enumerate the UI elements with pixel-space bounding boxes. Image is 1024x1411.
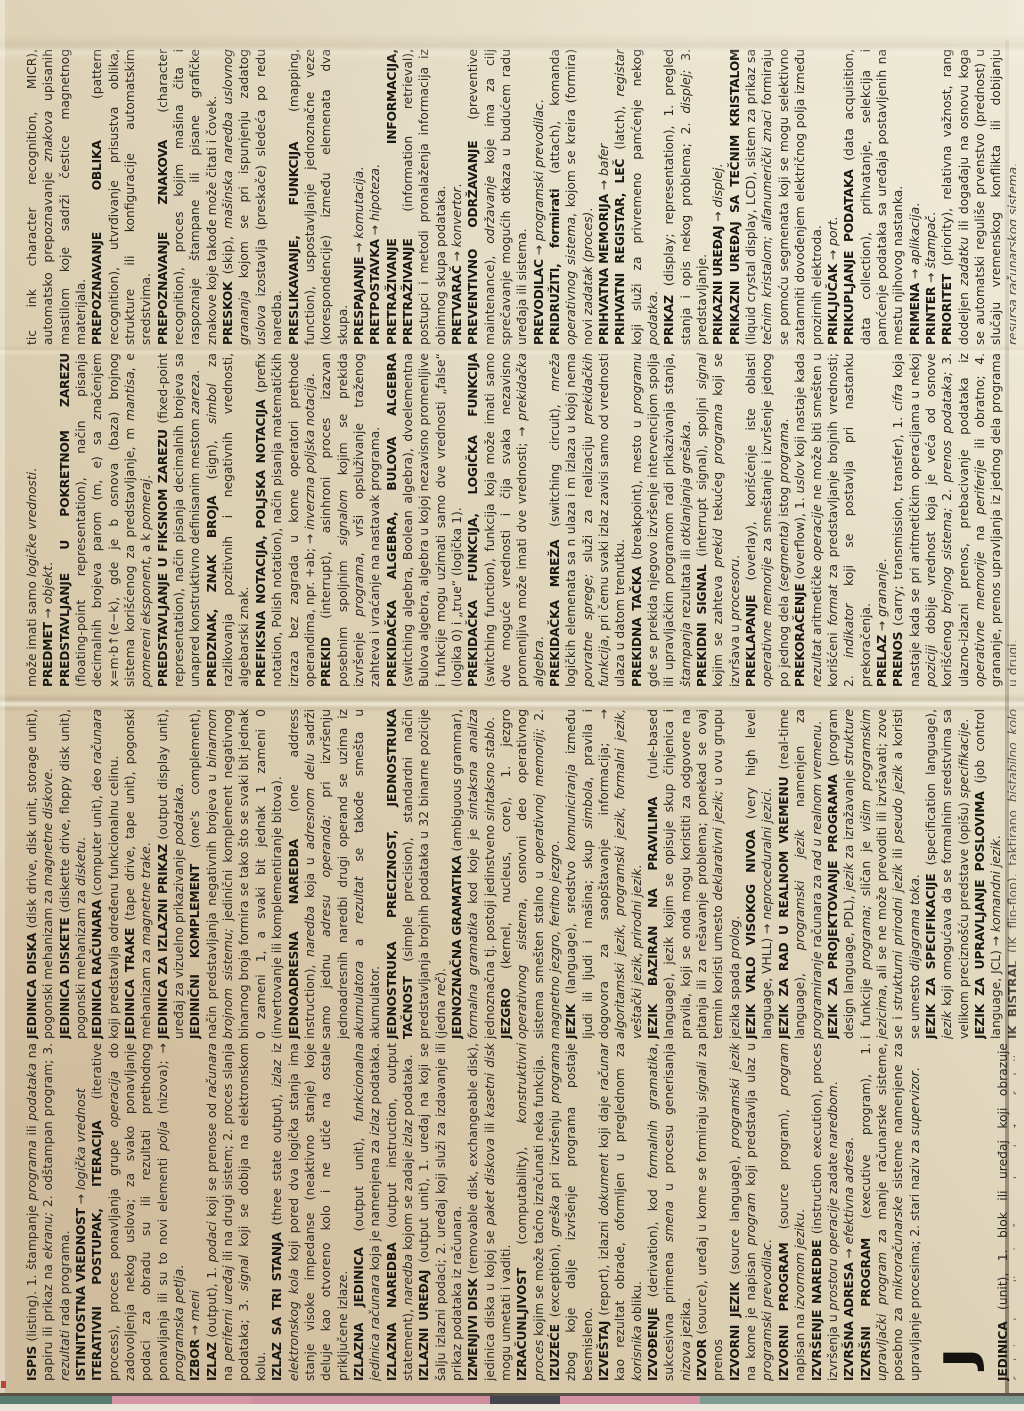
entry-headword: JEDINICA TRAKE bbox=[123, 928, 137, 1039]
dictionary-entry: PREKID (interrupt), asinhroni proces iza… bbox=[318, 353, 383, 687]
entry-headword: PREFIKSNA NOTACIJA, POLJSKA NOTACIJA bbox=[254, 400, 268, 687]
entry-headword: PREPOZNAVANJE OBLIKA bbox=[90, 140, 104, 345]
entry-headword: PREDMET bbox=[41, 622, 55, 687]
dictionary-entry: PRIKAZNI UREĐAJ → displej. bbox=[710, 49, 726, 345]
dictionary-entry: može imati samo logičke vrednosti. bbox=[24, 353, 40, 687]
dictionary-entry: JEDINICA (unit), 1. blok ili uređaj koji… bbox=[995, 1043, 1016, 1381]
entry-headword: PREKIDAČKA ALGEBRA, BULOVA ALGEBRA bbox=[385, 353, 399, 687]
dictionary-entry: PREKIDNA TAČKA (breakpoint), mesto u pro… bbox=[629, 353, 694, 687]
entry-headword: PRINTER bbox=[924, 287, 938, 345]
entry-headword: JEDINICA DISKETE bbox=[58, 917, 72, 1039]
dictionary-entry: JEDINICA ZA IZLAZNI PRIKAZ (output displ… bbox=[155, 709, 188, 1039]
dictionary-entry: PRESLIKAVANJE, FUNKCIJA (mapping, functi… bbox=[286, 49, 351, 345]
entry-definition: → port. bbox=[826, 217, 840, 264]
entry-headword: JK BISTRAL bbox=[1006, 961, 1016, 1039]
dictionary-entry: PRIMENA → aplikacija. bbox=[907, 49, 923, 345]
entry-headword: IZLAZ SA TRI STANJA bbox=[270, 1232, 284, 1381]
entry-definition: (interrupt), asinhroni proces izazvan po… bbox=[319, 353, 382, 687]
dictionary-entry: IZVOĐENJE (derivation), kod formalnih gr… bbox=[645, 1043, 694, 1381]
dictionary-entry: PREKORAČENJE (overflow), 1. uslov koji n… bbox=[792, 353, 874, 687]
dictionary-entry: PREDSTAVLJANJE U POKRETNOM ZAREZU (float… bbox=[57, 353, 155, 687]
page-edge-strip bbox=[252, 1396, 490, 1404]
entry-headword: IZVORNI PROGRAM bbox=[777, 1242, 791, 1381]
entry-definition: (language), sredstvo komuniciranja izmeđ… bbox=[564, 709, 643, 1039]
entry-headword: PREDZNAK, ZNAK BROJA bbox=[205, 496, 219, 687]
entry-definition: (liquid crystal display, LCD), sistem za… bbox=[744, 49, 823, 345]
entry-headword: PRIHVATNA MEMORIJA bbox=[597, 194, 611, 345]
entry-headword: JEZGRO bbox=[499, 988, 513, 1039]
entry-definition: (one's complement), način predstavljanja… bbox=[188, 709, 284, 1039]
dictionary-entry: IZVEŠTAJ (report), izlazni dokument koji… bbox=[596, 1043, 645, 1381]
entry-definition: (floating-point representation), način p… bbox=[74, 353, 153, 687]
dictionary-entry: IZLAZ SA TRI STANJA (three state output)… bbox=[269, 1043, 351, 1381]
entry-definition: → štampač. bbox=[924, 212, 938, 287]
entry-headword: IZBOR bbox=[188, 1339, 202, 1381]
entry-definition: → aplikacija. bbox=[908, 203, 922, 283]
dictionary-entry: tic ink character recognition, MICR), au… bbox=[24, 49, 89, 345]
entry-headword: ISTINITOSTNA VREDNOST bbox=[74, 1208, 88, 1381]
red-ink-speck bbox=[1, 1381, 6, 1388]
entry-definition: → komutacija. bbox=[352, 167, 366, 257]
entry-headword: PRIDRUŽITI, formirati bbox=[548, 189, 562, 345]
dictionary-entry: PRETRAŽIVANJE INFORMACIJA, PRETRAŽIVANJE… bbox=[384, 49, 449, 345]
entry-headword: JEDINICA ZA IZLAZNI PRIKAZ bbox=[156, 844, 170, 1039]
entry-definition: → hipoteza. bbox=[368, 164, 382, 239]
entry-definition: (iterative process), proces ponavljanja … bbox=[90, 1043, 186, 1381]
entry-headword: JEDINICA bbox=[996, 1321, 1010, 1381]
entry-headword: PREKLAPANJE bbox=[744, 595, 758, 687]
entry-headword: JEDNOADRESNA NAREDBA bbox=[287, 839, 301, 1039]
entry-headword: JEZIK ZA UPRAVLJANJE POSLOVIMA bbox=[973, 791, 987, 1039]
dictionary-entry: ISPIS (listing). 1. štampanje programa i… bbox=[24, 1043, 73, 1381]
dictionary-entry: PREDZNAK, ZNAK BROJA (sign), simbol za r… bbox=[204, 353, 253, 687]
entry-definition: (listing). 1. štampanje programa ili pod… bbox=[25, 1043, 72, 1381]
dictionary-entry: JEZGRO (kernel, nucleus, core), 1. jezgr… bbox=[498, 709, 563, 1039]
dictionary-entry: PREPOZNAVANJE OBLIKA (pattern recognitio… bbox=[89, 49, 154, 345]
entry-headword: PRIHVATNI REGISTAR, LEČ bbox=[613, 159, 627, 345]
entry-headword: PREKIDNI SIGNAL bbox=[695, 565, 709, 688]
dictionary-entry: PRIHVATNA MEMORIJA → bafer bbox=[596, 49, 612, 345]
scanned-page: ISPIS (listing). 1. štampanje programa i… bbox=[0, 0, 1024, 1411]
dictionary-entry: JEZIK (language), sredstvo komuniciranja… bbox=[563, 709, 645, 1039]
entry-definition: (switching algebra, Boolean algebra), dv… bbox=[401, 353, 464, 687]
rotated-page-content: ISPIS (listing). 1. štampanje programa i… bbox=[0, 0, 1024, 1411]
entry-headword: IZUZEĆE bbox=[548, 1324, 562, 1381]
dictionary-entry: IZVRŠNI PROGRAM (executive program), 1. … bbox=[858, 1043, 923, 1381]
book-page-edges bbox=[0, 1396, 1024, 1404]
dictionary-entry: IZVRŠENJE NAREDBE (instruction execution… bbox=[809, 1043, 842, 1381]
entry-headword: PRESKOK bbox=[221, 282, 235, 345]
entry-headword: PRELAZ bbox=[875, 635, 889, 687]
entry-headword: JEZIK VRLO VISOKOG NIVOA bbox=[744, 830, 758, 1039]
entry-definition: (output), 1. podaci koji se prenose od r… bbox=[205, 1043, 268, 1381]
entry-definition: → programski prevodilac. bbox=[532, 99, 546, 259]
entry-definition: → grananje. bbox=[875, 558, 889, 635]
dictionary-entry: IZRAČUNLJIVOST (computability), konstruk… bbox=[514, 1043, 547, 1381]
entry-headword: IZLAZ bbox=[205, 1342, 219, 1381]
dictionary-entry: PREVODILAC → programski prevodilac. bbox=[531, 49, 547, 345]
entry-headword: IZVRŠENJE NAREDBE bbox=[810, 1240, 824, 1381]
entry-definition: → objekt. bbox=[41, 562, 55, 622]
dictionary-entry: IZLAZNA JEDINICA (output unit), funkcion… bbox=[351, 1043, 384, 1381]
entry-headword: PREKIDAČKA MREŽA bbox=[548, 540, 562, 687]
entry-headword: PREKIDAČKA FUNKCIJA, LOGIČKA FUNKCIJA bbox=[466, 353, 480, 687]
entry-headword: JEZIK ZA SPECIFIKACIJE bbox=[924, 874, 938, 1039]
dictionary-entry: PRIDRUŽITI, formirati (attach), komanda … bbox=[547, 49, 596, 345]
entry-headword: IZVRŠNI PROGRAM bbox=[859, 1238, 873, 1381]
dictionary-entry: PRETPOSTAVKA → hipoteza. bbox=[367, 49, 383, 345]
entry-headword: JEZIK bbox=[564, 1004, 578, 1039]
dictionary-entry: JEZIK BAZIRAN NA PRAVILIMA (rule-based l… bbox=[645, 709, 743, 1039]
page-edge-strip bbox=[0, 1396, 112, 1404]
dictionary-column-1: ISPIS (listing). 1. štampanje programa i… bbox=[24, 1043, 1016, 1381]
entry-headword: PRIKAZNI UREĐAJ bbox=[711, 226, 725, 345]
entry-headword: PRIKLJUČAK bbox=[826, 264, 840, 345]
dictionary-entry: PRIKAZNI UREĐAJ SA TEČNIM KRISTALOM (liq… bbox=[727, 49, 825, 345]
dictionary-entry: JEDNOADRESNA NAREDBA (one address instru… bbox=[286, 709, 384, 1039]
dictionary-entry: PREVENTIVNO ODRŽAVANJE (preventive maint… bbox=[465, 49, 530, 345]
dictionary-entry: PREKIDNI SIGNAL (interrupt signal), spol… bbox=[694, 353, 743, 687]
dictionary-entry: PRETVARAČ → konvertor. bbox=[449, 49, 465, 345]
entry-headword: PRIKUPLJANJE PODATAKA bbox=[842, 169, 856, 345]
entry-headword: JEZIK BAZIRAN NA PRAVILIMA bbox=[646, 797, 660, 1039]
entry-headword: IZLAZNA NAREDBA bbox=[385, 1243, 399, 1381]
entry-headword: PREVODILAC bbox=[532, 259, 546, 345]
dictionary-entry: JEDNOSTRUKA PRECIZNOST, JEDNOSTRUKA TAČN… bbox=[384, 709, 449, 1039]
dictionary-entry: IZLAZ (output), 1. podaci koji se prenos… bbox=[204, 1043, 269, 1381]
entry-definition: → konvertor. bbox=[450, 184, 464, 266]
entry-headword: PREVENTIVNO ODRŽAVANJE bbox=[466, 141, 480, 345]
dictionary-entry: IZVRŠNA ADRESA → efektivna adresa. bbox=[841, 1043, 857, 1381]
dictionary-entry: JEDINIČNI KOMPLEMENT (one's complement),… bbox=[187, 709, 285, 1039]
entry-headword: PRETVARAČ bbox=[450, 265, 464, 345]
dictionary-entry: IZUZEĆE (exception), greška pri izvršenj… bbox=[547, 1043, 596, 1381]
entry-headword: PREKORAČENJE bbox=[793, 583, 807, 687]
entry-headword: IZVRŠNA ADRESA bbox=[842, 1262, 856, 1381]
dictionary-entry: PRIKUPLJANJE PODATAKA (data acquisition,… bbox=[841, 49, 906, 345]
dictionary-entry: JEDINICA TRAKE (tape drive, tape unit), … bbox=[122, 709, 155, 1039]
entry-headword: JEDINICA DISKA bbox=[25, 933, 39, 1039]
dictionary-column-3: može imati samo logičke vrednosti.PREDME… bbox=[24, 353, 1016, 687]
entry-headword: IZLAZNA JEDINICA bbox=[352, 1247, 366, 1381]
dictionary-entry: PREKIDAČKA FUNKCIJA, LOGIČKA FUNKCIJA (s… bbox=[465, 353, 547, 687]
section-letter-J: J bbox=[939, 1318, 983, 1368]
dictionary-entry: JEDINICA RAČUNARA (computer unit), deo r… bbox=[89, 709, 122, 1039]
entry-definition: → meni bbox=[188, 1290, 202, 1339]
dictionary-entry: PREKIDAČKA MREŽA (switching circuit), mr… bbox=[547, 353, 629, 687]
entry-headword: PREKIDNA TAČKA bbox=[630, 567, 644, 687]
dictionary-entry: JEDNOZNAČNA GRAMATIKA (ambiguous grammar… bbox=[449, 709, 498, 1039]
entry-headword: JEDINIČNI KOMPLEMENT bbox=[188, 864, 202, 1039]
entry-definition: (rule-based language), jezik kojim se op… bbox=[646, 709, 742, 1039]
entry-headword: IZVORNI JEZIK bbox=[728, 1282, 742, 1381]
entry-headword: PREDSTAVLJANJE U POKRETNOM ZAREZU bbox=[58, 353, 72, 687]
dictionary-entry: IZVOR (source), uređaj u kome se formira… bbox=[694, 1043, 727, 1381]
page-edge-strip bbox=[490, 1396, 560, 1404]
entry-definition: (source), uređaj u kome se formiraju sig… bbox=[695, 1043, 725, 1381]
entry-headword: IZVEŠTAJ bbox=[597, 1321, 611, 1381]
dictionary-entry: JEZIK ZA RAD U REALNOM VREMENU (real-tim… bbox=[776, 709, 825, 1039]
dictionary-entry: PRESKOK (skip), mašinska naredba uslovno… bbox=[220, 49, 285, 345]
entry-headword: JEZIK ZA PROJEKTOVANJE PROGRAMA bbox=[826, 774, 840, 1039]
dictionary-entry: PREDMET → objekt. bbox=[40, 353, 56, 687]
dictionary-entry: JEDINICA DISKETE (diskette drive, floppy… bbox=[57, 709, 90, 1039]
dictionary-entry: PRIKAZ (display; representation), 1. pre… bbox=[661, 49, 710, 345]
scan-left-edge bbox=[0, 0, 5, 1411]
dictionary-entry: PRIORITET (priority), relativna važnost,… bbox=[939, 49, 1016, 345]
dictionary-entry: IZVORNI PROGRAM (source program), progra… bbox=[776, 1043, 809, 1381]
dictionary-entry: JK BISTRAL (JK flip-flop), taktirano bis… bbox=[1005, 709, 1016, 1039]
dictionary-entry: PRELAZ → grananje. bbox=[874, 353, 890, 687]
dictionary-entry: JEZIK ZA UPRAVLJANJE POSLOVIMA (job cont… bbox=[972, 709, 1005, 1039]
page-edge-strip bbox=[112, 1396, 252, 1404]
entry-headword: JEDNOZNAČNA GRAMATIKA bbox=[450, 855, 464, 1039]
entry-headword: IZVOR bbox=[695, 1339, 709, 1381]
dictionary-entry: PRINTER → štampač. bbox=[923, 49, 939, 345]
dictionary-entry: JEDINICA DISKA (disk drive, disk unit, s… bbox=[24, 709, 57, 1039]
entry-headword: ITERATIVNI POSTUPAK, ITERACIJA bbox=[90, 1121, 104, 1381]
dictionary-entry: PREPOZNAVANJE ZNAKOVA (character recogni… bbox=[155, 49, 220, 345]
entry-definition: → bafer bbox=[597, 144, 611, 194]
entry-headword: PRIKAZNI UREĐAJ SA TEČNIM KRISTALOM bbox=[728, 49, 742, 345]
dictionary-entry: PREKIDAČKA ALGEBRA, BULOVA ALGEBRA (swit… bbox=[384, 353, 466, 687]
entry-headword: PRIKAZ bbox=[662, 295, 676, 345]
dictionary-entry: ITERATIVNI POSTUPAK, ITERACIJA (iterativ… bbox=[89, 1043, 187, 1381]
dictionary-entry: PREDSTAVLJANJE U FIKSNOM ZAREZU (fixed-p… bbox=[155, 353, 204, 687]
dictionary-entry: IZVORNI JEZIK (source language), program… bbox=[727, 1043, 776, 1381]
entry-definition: (carry; transmission, transfer), 1. cifr… bbox=[891, 353, 1016, 687]
entry-headword: IZMENJIVI DISK bbox=[466, 1278, 480, 1381]
book-page-edges-light bbox=[0, 1404, 1024, 1411]
dictionary-entry: PREFIKSNA NOTACIJA, POLJSKA NOTACIJA (pr… bbox=[253, 353, 318, 687]
entry-definition: tic ink character recognition, MICR), au… bbox=[25, 49, 88, 345]
entry-headword: PRENOS bbox=[891, 632, 905, 687]
entry-headword: ISPIS bbox=[25, 1346, 39, 1381]
entry-headword: PREPOZNAVANJE ZNAKOVA bbox=[156, 140, 170, 345]
dictionary-entry: PRESPAJANJE → komutacija. bbox=[351, 49, 367, 345]
entry-definition: može imati samo logičke vrednosti. bbox=[25, 468, 39, 687]
entry-definition: (program design language, PDL), jezik za… bbox=[826, 709, 922, 1039]
entry-definition: → efektivna adresa. bbox=[842, 1137, 856, 1262]
dictionary-column-2: JEDINICA DISKA (disk drive, disk unit, s… bbox=[24, 709, 1016, 1039]
entry-headword: JEZIK ZA RAD U REALNOM VREMENU bbox=[777, 777, 791, 1039]
entry-definition: → displej. bbox=[711, 164, 725, 226]
dictionary-entry: JEZIK ZA SPECIFIKACIJE (specification la… bbox=[923, 709, 972, 1039]
dictionary-entry: IZBOR → meni bbox=[187, 1043, 203, 1381]
entry-definition: → logička vrednost bbox=[74, 1088, 88, 1208]
entry-headword: IZVOĐENJE bbox=[646, 1308, 660, 1381]
entry-headword: PRETPOSTAVKA bbox=[368, 239, 382, 345]
dictionary-entry: JEZIK VRLO VISOKOG NIVOA (very high leve… bbox=[743, 709, 776, 1039]
page-edge-strip bbox=[560, 1396, 700, 1404]
entry-headword: IZLAZNI UREĐAJ bbox=[417, 1270, 431, 1381]
entry-headword: PREDSTAVLJANJE U FIKSNOM ZAREZU bbox=[156, 429, 170, 687]
entry-headword: PRIMENA bbox=[908, 283, 922, 345]
entry-headword: JEDINICA RAČUNARA bbox=[90, 900, 104, 1039]
entry-headword: IZRAČUNLJIVOST bbox=[515, 1268, 529, 1381]
dictionary-entry: PRENOS (carry; transmission, transfer), … bbox=[890, 353, 1016, 687]
dictionary-column-4: tic ink character recognition, MICR), au… bbox=[24, 49, 1016, 345]
dictionary-entry: PRIKLJUČAK → port. bbox=[825, 49, 841, 345]
dictionary-entry: ISTINITOSTNA VREDNOST → logička vrednost bbox=[73, 1043, 89, 1381]
page-edge-strip bbox=[700, 1396, 1024, 1404]
entry-headword: PRESLIKAVANJE, FUNKCIJA bbox=[287, 142, 301, 345]
dictionary-entry: IZLAZNA NAREDBA (output instruction, out… bbox=[384, 1043, 417, 1381]
entry-headword: PREKID bbox=[319, 637, 333, 687]
dictionary-entry: JEZIK ZA PROJEKTOVANJE PROGRAMA (program… bbox=[825, 709, 923, 1039]
dictionary-entry: IZMENJIVI DISK (removable disk, exchange… bbox=[465, 1043, 514, 1381]
dictionary-entry: PREKLAPANJE (overlay), korišćenje iste o… bbox=[743, 353, 792, 687]
entry-definition: (switching function), funkcija koja može… bbox=[483, 353, 546, 687]
entry-headword: PRESPAJANJE bbox=[352, 257, 366, 345]
entry-headword: PRIORITET bbox=[940, 274, 954, 345]
dictionary-entry: IZLAZNI UREĐAJ (output unit), 1. uređaj … bbox=[416, 1043, 465, 1381]
dictionary-entry: PRIHVATNI REGISTAR, LEČ (latch), regista… bbox=[612, 49, 661, 345]
